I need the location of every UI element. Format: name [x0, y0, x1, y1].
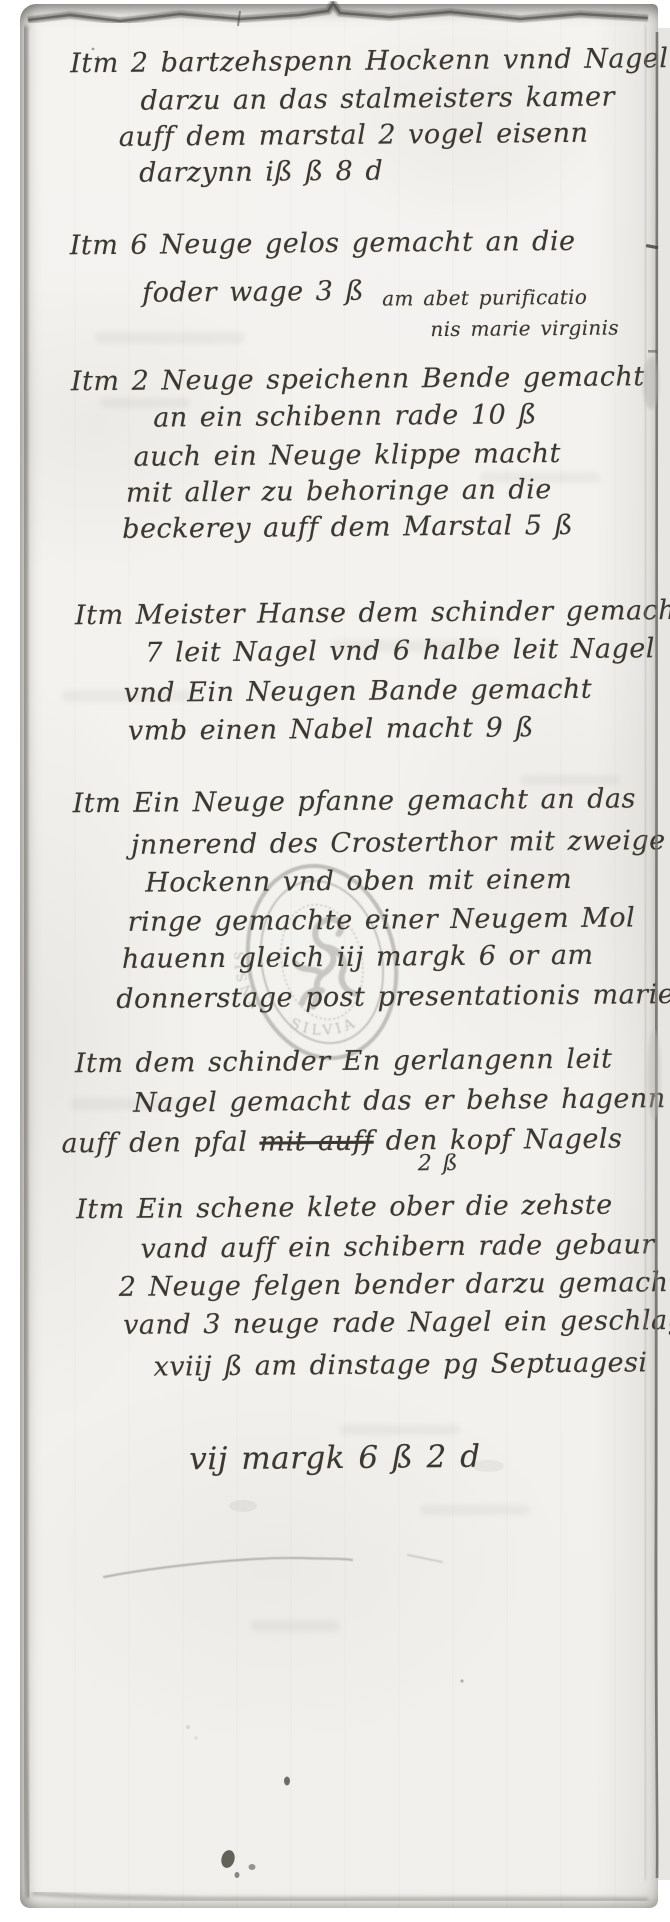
ink-spots [92, 11, 464, 1878]
bottom-page-edge [32, 1893, 648, 1900]
right-page-fold [645, 25, 646, 1880]
scanned-manuscript-page: SILVIA ENSIS Itm 2 bartzehspenn Hockenn … [0, 0, 670, 1922]
next-page-separation-line [656, 32, 657, 1878]
page-edges-and-ink-spots [0, 0, 670, 1922]
left-page-edge [25, 26, 29, 1898]
